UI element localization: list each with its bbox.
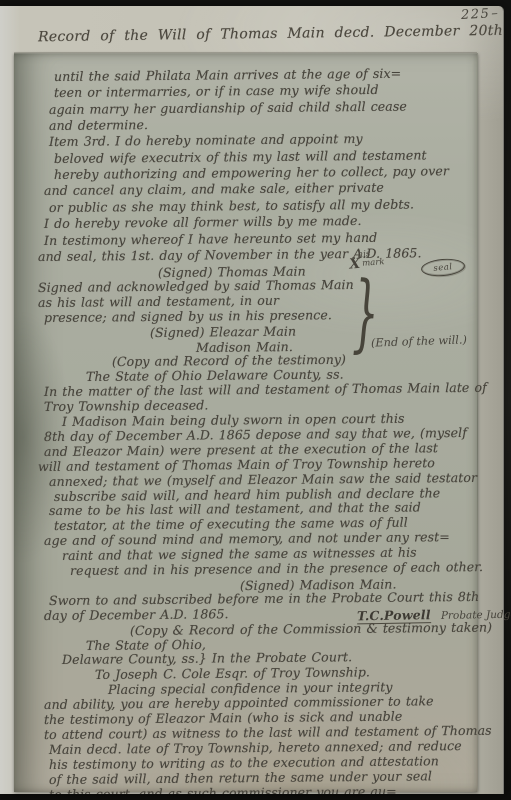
seal-stamp: seal (420, 257, 465, 278)
scanned-record-page: 225 Record of the Will of Thomas Main de… (0, 0, 511, 800)
judge-signature: T.C.Powell (357, 607, 431, 624)
handwritten-line: and determine. (49, 118, 148, 133)
handwritten-line: and cancel any claim, and make sale, eit… (44, 181, 384, 198)
handwritten-line: teen or intermarries, or if in case my w… (54, 83, 379, 100)
judge-signature-row: T.C.Powell Probate Judge (357, 603, 511, 625)
text-layer: 225 Record of the Will of Thomas Main de… (0, 0, 511, 794)
handwritten-line: Item 3rd. I do hereby nominate and appoi… (49, 132, 363, 149)
seal-label: seal (433, 262, 453, 274)
handwritten-line: request and in his presence and in the p… (70, 560, 483, 578)
record-header-title: Record of the Will of Thomas Main decd. … (38, 23, 500, 45)
handwritten-line: day of December A.D. 1865. (44, 607, 229, 623)
handwritten-line: to this court, and as such commissioner … (49, 784, 397, 794)
handwritten-line: hereby authorizing and empowering her to… (54, 164, 449, 182)
judge-title-label: Probate Judge (441, 609, 511, 622)
handwritten-line: I do hereby revoke all former wills by m… (44, 214, 362, 231)
handwritten-line: Signed and acknowledged by said Thomas M… (38, 278, 354, 295)
handwritten-line: In the matter of the last will and testa… (44, 381, 487, 399)
handwritten-line: Troy Township deceased. (44, 399, 208, 415)
handwritten-line: again marry her guardianship of said chi… (49, 99, 407, 116)
handwritten-line: In testimony whereof I have hereunto set… (44, 230, 377, 247)
end-of-will-note: (End of the will.) (371, 333, 467, 349)
page-number: 225 (461, 6, 500, 23)
handwritten-line: presence; and signed by us in his presen… (44, 308, 332, 325)
handwritten-line: (Signed) Eleazar Main (150, 324, 296, 339)
